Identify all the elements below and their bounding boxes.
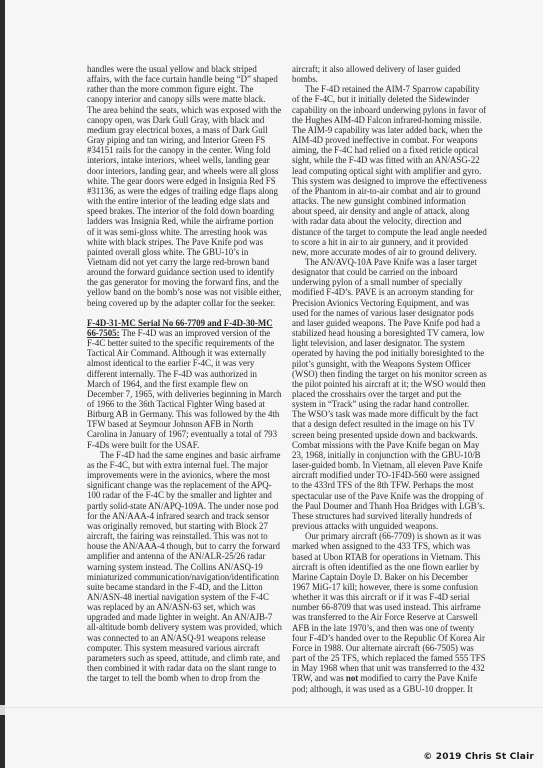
text-line: capability on the inboard underwing pylo… xyxy=(292,105,473,115)
text-line: Tactical Air Command. Although it was ex… xyxy=(87,348,273,358)
emphasized-word: not xyxy=(346,673,358,683)
text-line: to score a hit in air to air gunnery, an… xyxy=(292,237,473,247)
text-line: new, more accurate modes of air to groun… xyxy=(292,247,473,257)
paragraph-laser-bomb-delivery: aircraft; it also allowed delivery of la… xyxy=(292,64,473,84)
text-line: attacks. The new gunsight combined infor… xyxy=(292,196,473,206)
text-line: AIM-4D proved ineffective in combat. For… xyxy=(292,135,473,145)
text-line: Combat missions with the Pave Knife bega… xyxy=(292,440,473,450)
text-line: different internally. The F-4D was autho… xyxy=(87,369,273,379)
text-line: Gray piping and tan wiring, and Interior… xyxy=(87,135,273,145)
text-line: rather than the more common figure eight… xyxy=(87,84,273,94)
text-line: the target to tell the bomb when to drop… xyxy=(87,673,273,683)
text-line: around the forward guidance section used… xyxy=(87,267,273,277)
text-line: speed brakes. The interior of the fold d… xyxy=(87,206,273,216)
text-line: Vietnam did not yet carry the large red-… xyxy=(87,257,273,267)
text-line: previous attacks with unguided weapons. xyxy=(292,521,473,531)
text-line: screen being presented upside down and b… xyxy=(292,430,473,440)
text-line: spectacular use of the Pave Knife was th… xyxy=(292,491,473,501)
text-line: was connected to an AN/ASQ-91 weapons re… xyxy=(87,633,273,643)
text-line: canopy open, was Dark Gull Gray, with bl… xyxy=(87,115,273,125)
text-line: aircraft modified under TO-1F4D-560 were… xyxy=(292,470,473,480)
text-line: The WSO’s task was made more difficult b… xyxy=(292,409,473,419)
text-line: almost identical to the earlier F-4C, it… xyxy=(87,358,273,368)
text-line: aiming, the F-4C had relied on a fixed r… xyxy=(292,145,473,155)
paragraph-first-line: The AN/AVQ-10A Pave Knife was a laser ta… xyxy=(292,257,473,267)
text-line: system in “Track” using the radar hand c… xyxy=(292,399,473,409)
copyright-watermark: © 2019 Chris St Clair xyxy=(423,752,534,762)
paragraph-f4d-avionics: as the F-4C, but with extra internal fue… xyxy=(87,460,273,683)
text-line: painted overall gloss white. The GBU-10’… xyxy=(87,247,273,257)
text-line: that a design defect resulted in the ima… xyxy=(292,419,473,429)
text-line: for the AN/AAA-4 infrared search and tra… xyxy=(87,511,273,521)
text-line: December 7, 1965, with deliveries beginn… xyxy=(87,389,273,399)
section-heading-line-2: 66-7505: The F-4D was an improved versio… xyxy=(87,328,273,338)
heading-trailing-text: The F-4D was an improved version of the xyxy=(120,328,271,338)
scan-edge-shadow xyxy=(0,0,5,768)
text-line: house the AN/AAA-4 though, but to carry … xyxy=(87,541,273,551)
text-line: F-4C better suited to the specific requi… xyxy=(87,338,273,348)
text-line: to the 433rd TFS of the 8th TFW. Perhaps… xyxy=(292,480,473,490)
text-line: March of 1964, and the first example fle… xyxy=(87,379,273,389)
text-line: upgraded and made lighter in weight. An … xyxy=(87,612,273,622)
text-line: significant change was the replacement o… xyxy=(87,480,273,490)
text-line: white with black stripes. The Pave Knife… xyxy=(87,237,273,247)
text-line: yellow band on the bomb’s nose was not v… xyxy=(87,287,273,297)
paragraph-first-line: The F-4D had the same engines and basic … xyxy=(87,450,273,460)
text-line: underwing pylon of a small number of spe… xyxy=(292,277,473,287)
text-line: parameters such as speed, attitude, and … xyxy=(87,653,273,663)
text-line: miniaturized communication/navigation/id… xyxy=(87,572,273,582)
left-text-column: handles were the usual yellow and black … xyxy=(87,64,273,683)
text-line: aircraft is often identified as the one … xyxy=(292,562,473,572)
text-line: These structures had survived literally … xyxy=(292,511,473,521)
section-heading-cont: 66-7505: xyxy=(87,328,120,338)
text-line: door interiors, landing gear, and wheels… xyxy=(87,166,273,176)
text-fragment: modified to carry the Pave Knife xyxy=(358,673,477,683)
text-line: was originally removed, but starting wit… xyxy=(87,521,273,531)
text-line: canopy interior and canopy sills were ma… xyxy=(87,94,273,104)
text-line: warning system instead. The Collins AN/A… xyxy=(87,562,273,572)
text-line: placed the crosshairs over the target an… xyxy=(292,389,473,399)
text-line: modified F-4D’s. PAVE is an acronym stan… xyxy=(292,287,473,297)
text-line-with-emphasis: TRW, and was not modified to carry the P… xyxy=(292,673,473,683)
text-line: affairs, with the face curtain handle be… xyxy=(87,74,273,84)
text-line: Precision Avionics Vectoring Equipment, … xyxy=(292,298,473,308)
text-line: designator that could be carried on the … xyxy=(292,267,473,277)
paragraph-aircraft-history: marked when assigned to the 433 TFS, whi… xyxy=(292,541,473,673)
text-line: used for the names of various laser desi… xyxy=(292,308,473,318)
text-line: light television, and laser designator. … xyxy=(292,338,473,348)
text-line: of the Phantom in air-to-air combat and … xyxy=(292,186,473,196)
text-line: distance of the target to compute the le… xyxy=(292,227,473,237)
text-line: (WSO) then finding the target on his mon… xyxy=(292,369,473,379)
text-line: This system was designed to improve the … xyxy=(292,176,473,186)
text-line: the Hughes AIM-4D Falcon infrared-homing… xyxy=(292,115,473,125)
text-line: lead computing optical sight with amplif… xyxy=(292,166,473,176)
text-line: AFB in the late 1970’s, and then was one… xyxy=(292,623,473,633)
text-line: of 1966 to the 36th Tactical Fighter Win… xyxy=(87,399,273,409)
text-line: Marine Captain Doyle D. Baker on his Dec… xyxy=(292,572,473,582)
paragraph-missile-capability: of the F-4C, but it initially deleted th… xyxy=(292,94,473,257)
text-line: #31136, as were the edges of trailing ed… xyxy=(87,186,273,196)
text-line: computer. This system measured various a… xyxy=(87,643,273,653)
text-line: amplifier and antenna of the AN/ALR-25/2… xyxy=(87,551,273,561)
text-line: based at Ubon RTAB for operations in Vie… xyxy=(292,552,473,562)
text-line: improvements were in the avionics, where… xyxy=(87,470,273,480)
text-line: being covered up by the adapter collar f… xyxy=(87,298,273,308)
text-line: four F-4D’s handed over to the Republic … xyxy=(292,633,473,643)
text-line: medium gray electrical boxes, a mass of … xyxy=(87,125,273,135)
text-line: of it was semi-gloss white. The arrestin… xyxy=(87,227,273,237)
text-line: as the F-4C, but with extra internal fue… xyxy=(87,460,273,470)
text-line: 1967 MiG-17 kill; however, there is some… xyxy=(292,582,473,592)
text-line: 23, 1968, initially in conjunction with … xyxy=(292,450,473,460)
text-line: handles were the usual yellow and black … xyxy=(87,64,273,74)
text-line: in May 1968 when that unit was transferr… xyxy=(292,663,473,673)
text-line: #34151 rails for the canopy in the cente… xyxy=(87,145,273,155)
text-line: sight, while the F-4D was fitted with an… xyxy=(292,155,473,165)
text-line: all-altitude bomb delivery system was pr… xyxy=(87,622,273,632)
section-heading-line: F-4D-31-MC Serial No 66-7709 and F-4D-30… xyxy=(87,318,273,328)
paragraph-ejection-seat-colors: handles were the usual yellow and black … xyxy=(87,64,273,308)
paragraph-first-line: The F-4D retained the AIM-7 Sparrow capa… xyxy=(292,84,473,94)
text-line: whether it was this aircraft or if it wa… xyxy=(292,592,473,602)
text-line: AN/ASN-48 inertial navigation system of … xyxy=(87,592,273,602)
text-line: ladders was Insignia Red, while the airf… xyxy=(87,216,273,226)
text-line: marked when assigned to the 433 TFS, whi… xyxy=(292,541,473,551)
text-line: operated by having the pod initially bor… xyxy=(292,348,473,358)
text-line: suite became standard in the F-4D, and t… xyxy=(87,582,273,592)
text-line: white. The gear doors were edged in Insi… xyxy=(87,176,273,186)
text-line: with radar data about the velocity, dire… xyxy=(292,216,473,226)
text-line: the Paul Doumer and Thanh Hoa Bridges wi… xyxy=(292,501,473,511)
page-fold-line xyxy=(5,707,543,708)
text-line: was replaced by an AN/ASN-63 set, which … xyxy=(87,602,273,612)
paragraph-pave-knife: designator that could be carried on the … xyxy=(292,267,473,531)
text-line: The area behind the seats, which was exp… xyxy=(87,105,273,115)
text-line: of the F-4C, but it initially deleted th… xyxy=(292,94,473,104)
text-line: The AIM-9 capability was later added bac… xyxy=(292,125,473,135)
text-line: and laser guided weapons. The Pave Knife… xyxy=(292,318,473,328)
text-line: TFW based at Seymour Johnson AFB in Nort… xyxy=(87,419,273,429)
right-text-column: aircraft; it also allowed delivery of la… xyxy=(292,64,473,694)
text-line: F-4Ds were built for the USAF. xyxy=(87,440,273,450)
text-line: with the entire interior of the leading … xyxy=(87,196,273,206)
text-line: about speed, air density and angle of at… xyxy=(292,206,473,216)
text-line: aircraft; it also allowed delivery of la… xyxy=(292,64,473,74)
text-line: Force in 1988. Our alternate aircraft (6… xyxy=(292,643,473,653)
text-line: was transferred to the Air Force Reserve… xyxy=(292,612,473,622)
text-line: 100 radar of the F-4C by the smaller and… xyxy=(87,490,273,500)
text-line: number 66-8709 that was used instead. Th… xyxy=(292,602,473,612)
text-line: part of the 25 TFS, which replaced the f… xyxy=(292,653,473,663)
text-fragment: TRW, and was xyxy=(292,673,346,683)
scanned-document-page: handles were the usual yellow and black … xyxy=(0,0,543,768)
text-line: partly solid-state AN/APQ-109A. The unde… xyxy=(87,501,273,511)
text-line: stabilized head housing a boresighted TV… xyxy=(292,328,473,338)
text-line: aircraft, the fairing was reinstalled. T… xyxy=(87,531,273,541)
paragraph-gap xyxy=(87,308,273,318)
text-line: the pilot pointed his aircraft at it; th… xyxy=(292,379,473,389)
paragraph-f4d-intro: F-4C better suited to the specific requi… xyxy=(87,338,273,450)
text-line: Carolina in January of 1967; eventually … xyxy=(87,429,273,439)
text-line: interiors, intake interiors, wheel wells… xyxy=(87,155,273,165)
text-line: the gas generator for moving the forward… xyxy=(87,277,273,287)
text-line: laser-guided bomb. In Vietnam, all eleve… xyxy=(292,460,473,470)
text-line: bombs. xyxy=(292,74,473,84)
text-line: pod; although, it was used as a GBU-10 d… xyxy=(292,684,473,694)
text-line: pilot’s gunsight, with the Weapons Syste… xyxy=(292,359,473,369)
section-heading: F-4D-31-MC Serial No 66-7709 and F-4D-30… xyxy=(87,318,273,328)
text-line: then combined it with radar data on the … xyxy=(87,663,273,673)
text-line: Bitburg AB in Germany. This was followed… xyxy=(87,409,273,419)
paragraph-first-line: Our primary aircraft (66-7709) is shown … xyxy=(292,531,473,541)
